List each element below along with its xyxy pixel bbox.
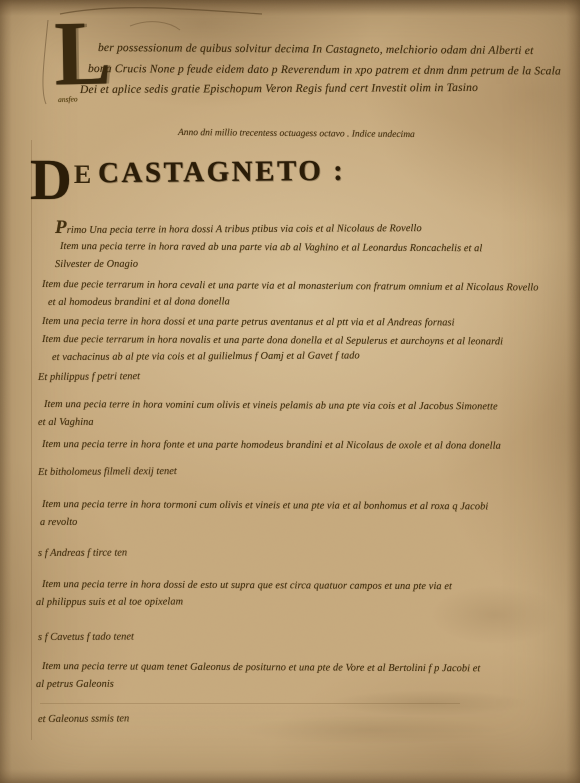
faint-rule-line bbox=[40, 703, 460, 704]
entry-line: Item due pecie terrarum in hora novalis … bbox=[42, 334, 503, 347]
entry-line: et vachacinus ab al pte via cois et al g… bbox=[52, 350, 360, 363]
entry-line: et al homodeus brandini et al dona donel… bbox=[48, 296, 230, 308]
opening-line: bona Crucis None p feude eidem dato p Re… bbox=[88, 63, 561, 77]
entry-line: al philippus suis et al toe opixelam bbox=[36, 596, 183, 608]
tenure-note: s f Andreas f tirce ten bbox=[38, 548, 127, 559]
entry-line: Item una pecia terre in hora vomini cum … bbox=[44, 399, 498, 412]
tenure-note: Et philippus f petri tenet bbox=[38, 371, 140, 383]
margin-rule-line bbox=[31, 140, 32, 740]
show-through-smudge bbox=[430, 585, 560, 645]
margin-note: ansfeo bbox=[58, 94, 78, 104]
opening-line: Dei et aplice sedis gratie Epischopum Ve… bbox=[80, 82, 478, 96]
tenure-note: et Galeonus ssmis ten bbox=[38, 713, 129, 725]
date-line: Anno dni millio trecentess octuagess oct… bbox=[178, 128, 415, 140]
heading-initial: D bbox=[30, 147, 74, 212]
entry-line: Item una pecia terre ut quam tenet Galeo… bbox=[42, 661, 480, 674]
entry-line: et al Vaghina bbox=[38, 417, 94, 428]
entry-line: Item una pecia terre in hora raved ab un… bbox=[60, 241, 482, 254]
heading-text: CASTAGNETO : bbox=[98, 155, 346, 191]
entry-line: Item una pecia terre in hora dossi et un… bbox=[42, 316, 455, 328]
tenure-note: Et bitholomeus filmeli dexij tenet bbox=[38, 466, 177, 478]
tenure-note: s f Cavetus f tado tenet bbox=[38, 631, 134, 643]
manuscript-page: L ansfeo ber possessionum de quibus solv… bbox=[0, 0, 580, 783]
entry-line: Item due pecie terrarum in hora cevali e… bbox=[42, 279, 539, 293]
entry-line: Primo Una pecia terre in hora dossi A tr… bbox=[55, 215, 422, 239]
section-heading: DE CASTAGNETO : bbox=[30, 146, 346, 213]
entry-line: Item una pecia terre in hora fonte et un… bbox=[42, 439, 501, 452]
opening-line: ber possessionum de quibus solvitur deci… bbox=[98, 42, 534, 57]
show-through-smudge bbox=[240, 715, 500, 745]
entry-line: al petrus Galeonis bbox=[36, 679, 114, 690]
entry-line: a revolto bbox=[40, 517, 77, 528]
heading-letter: E bbox=[74, 160, 94, 189]
entry-line: Silvester de Onagio bbox=[55, 259, 138, 270]
entry-line: Item una pecia terre in hora dossi de es… bbox=[42, 579, 452, 592]
entry-line: Item una pecia terre in hora tormoni cum… bbox=[42, 499, 488, 512]
